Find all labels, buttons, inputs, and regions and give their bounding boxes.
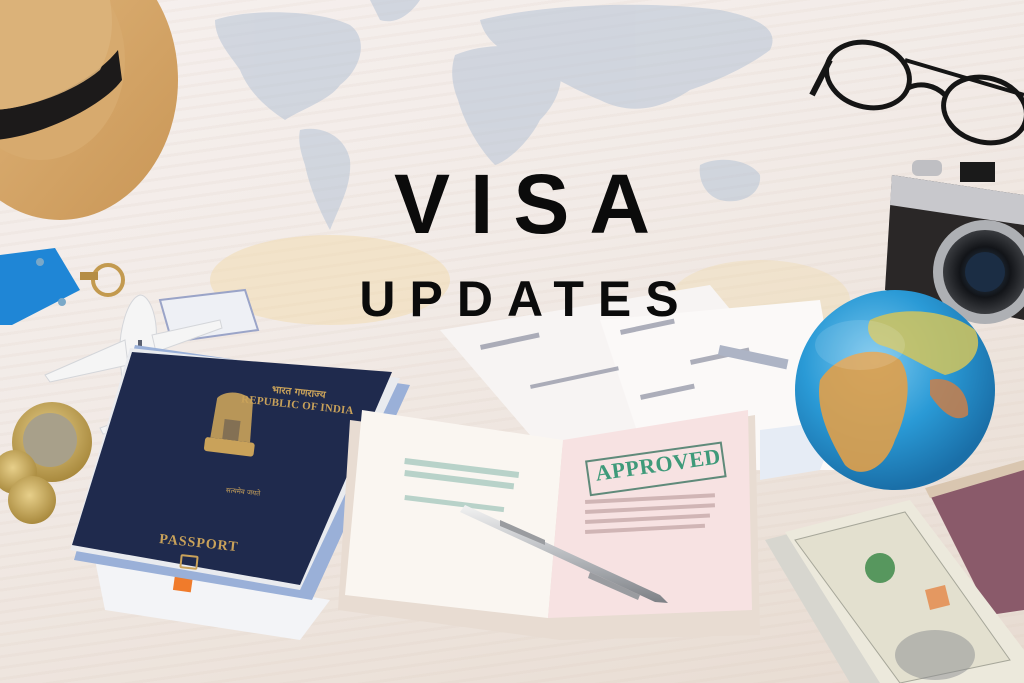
coins	[0, 402, 92, 524]
travel-desk-photo: भारत गणराज्य REPUBLIC OF INDIA सत्यमेव ज…	[0, 0, 1024, 683]
headline-subtitle: UPDATES	[0, 274, 1024, 324]
passport-chip-icon	[179, 554, 198, 570]
eyeglasses	[812, 33, 1024, 152]
photo-illustration	[0, 0, 1024, 683]
open-passport	[338, 410, 760, 640]
headline-title: VISA	[0, 162, 1024, 246]
